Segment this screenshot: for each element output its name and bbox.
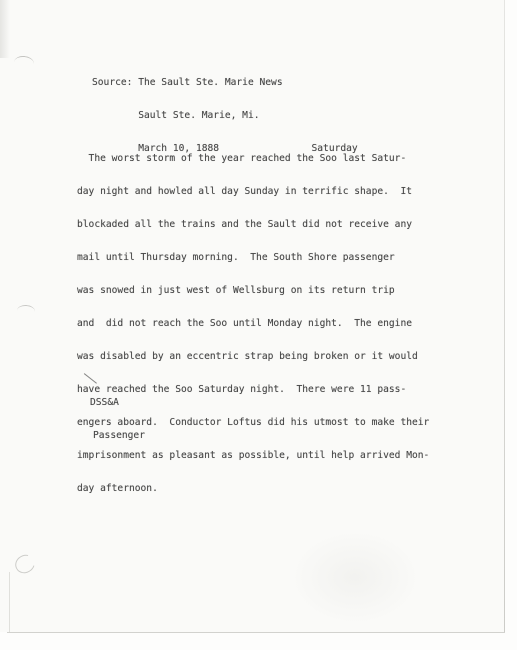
notation-railroad-label: DSS&A [90,397,145,408]
page-bottom-edge-line [7,632,505,633]
article-line: day night and howled all day Sunday in t… [77,186,429,197]
punch-hole-mark-top [13,55,34,71]
page-curl-shadow [0,0,10,58]
article-line: mail until Thursday morning. The South S… [77,252,429,263]
article-line: day afternoon. [77,483,429,494]
source-citation-line: Source: The Sault Ste. Marie News [92,77,358,88]
scanned-document-screenshot: { "doc": { "header": { "line1": "Source:… [0,0,517,650]
article-line: The worst storm of the year reached the … [77,153,429,164]
page-right-edge-line [504,0,505,633]
punch-hole-mark-middle [17,304,36,317]
article-line: blockaded all the trains and the Sault d… [77,219,429,230]
source-citation-line: Sault Ste. Marie, Mi. [92,110,358,121]
punch-hole-mark-bottom [12,551,38,577]
archival-notation: DSS&A Passenger [90,375,145,463]
article-line: and did not reach the Soo until Monday n… [77,318,429,329]
article-line: was disabled by an eccentric strap being… [77,351,429,362]
notation-category-label: Passenger [93,430,145,441]
paper-smudge [290,530,420,625]
document-page: Source: The Sault Ste. Marie News Sault … [0,0,504,632]
page-left-edge-line [9,572,10,633]
article-line: was snowed in just west of Wellsburg on … [77,285,429,296]
